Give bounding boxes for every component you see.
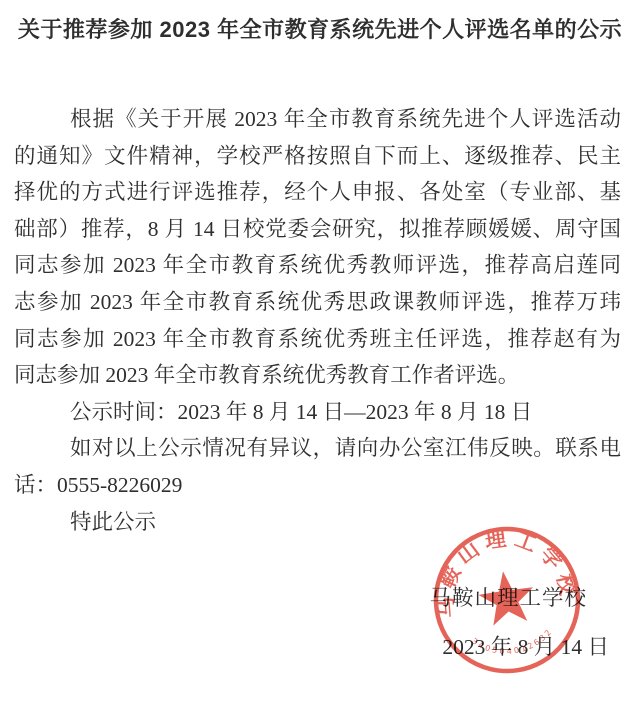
signature-date: 2023 年 8 月 14 日	[0, 633, 640, 661]
document-body: 根据《关于开展 2023 年全市教育系统先进个人评选活动 的通知》文件精神，学校…	[14, 101, 621, 540]
body-line: 同志参加 2023 年全市教育系统优秀班主任评选，推荐赵有为	[14, 321, 621, 358]
signature-school-name: 马鞍山理工学校	[0, 584, 640, 612]
body-line: 择优的方式进行评选推荐，经个人申报、各处室（专业部、基	[14, 174, 621, 211]
body-line: 础部）推荐，8 月 14 日校党委会研究，拟推荐顾媛媛、周守国	[14, 211, 621, 248]
body-line: 的通知》文件精神，学校严格按照自下而上、逐级推荐、民主	[14, 138, 621, 175]
body-line: 根据《关于开展 2023 年全市教育系统先进个人评选活动	[14, 101, 621, 138]
page-title: 关于推荐参加 2023 年全市教育系统先进个人评选名单的公示	[0, 14, 640, 46]
body-line: 同志参加 2023 年全市教育系统优秀教育工作者评选。	[14, 357, 621, 394]
body-line: 志参加 2023 年全市教育系统优秀思政课教师评选，推荐万玮	[14, 284, 621, 321]
announcement-document: 关于推荐参加 2023 年全市教育系统先进个人评选名单的公示 根据《关于开展 2…	[0, 0, 640, 718]
body-line-closing: 特此公示	[14, 504, 621, 541]
body-line-phone: 话：0555-8226029	[14, 467, 621, 504]
signature-block: 马鞍山理工学校 2023 年 8 月 14 日	[0, 584, 640, 661]
body-line-publicity-period: 公示时间：2023 年 8 月 14 日—2023 年 8 月 18 日	[14, 394, 621, 431]
body-line-contact: 如对以上公示情况有异议，请向办公室江伟反映。联系电	[14, 430, 621, 467]
body-line: 同志参加 2023 年全市教育系统优秀教师评选，推荐高启莲同	[14, 247, 621, 284]
